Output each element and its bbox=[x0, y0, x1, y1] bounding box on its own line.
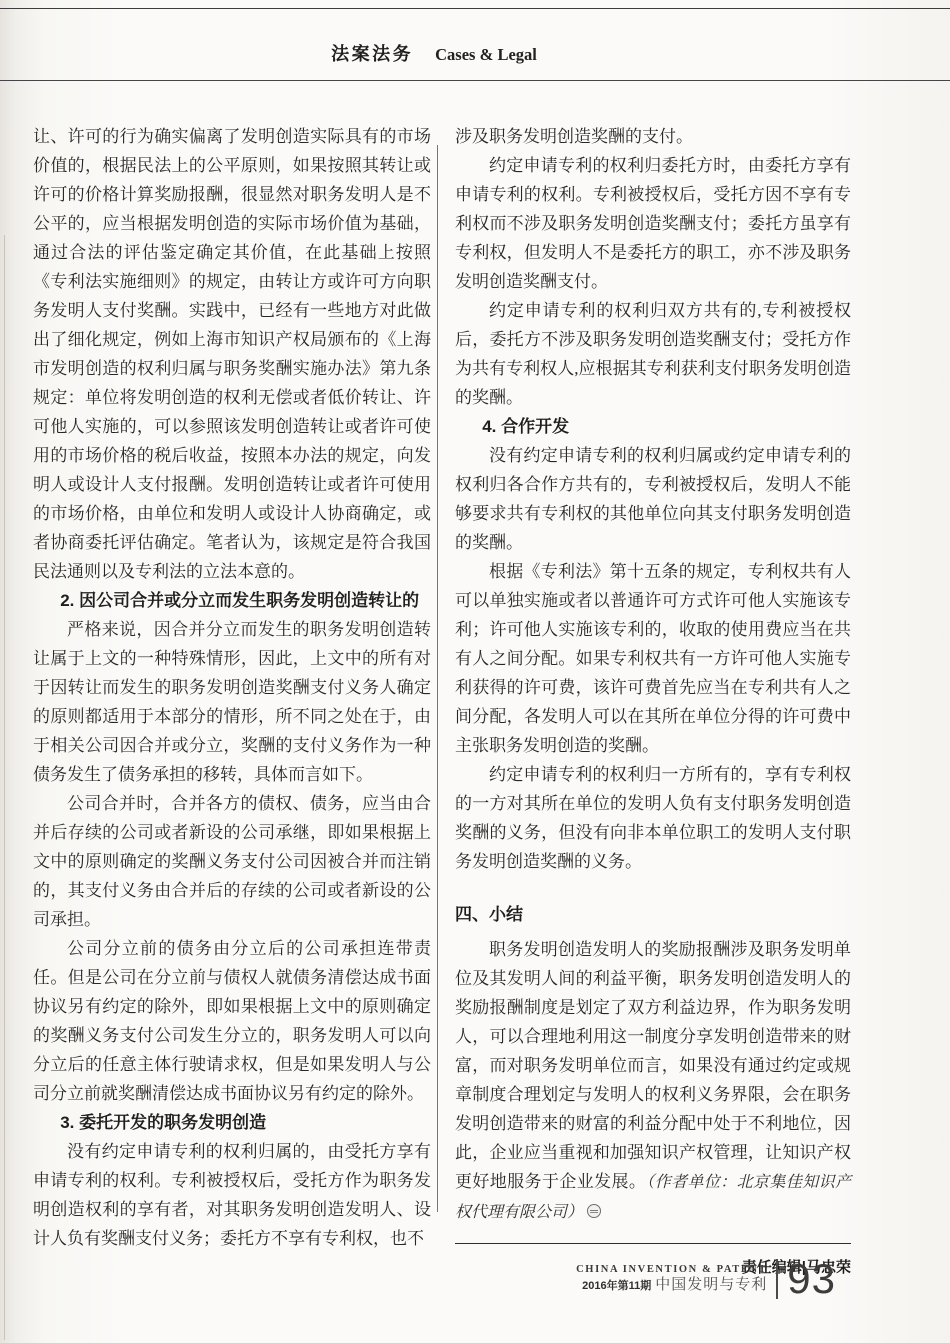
paragraph: 根据《专利法》第十五条的规定，专利权共有人可以单独实施或者以普通许可方式许可他人… bbox=[455, 557, 851, 760]
header-rule bbox=[0, 80, 950, 81]
magazine-page: 法案法务Cases & Legal 让、许可的行为确实偏离了发明创造实际具有的市… bbox=[0, 0, 950, 1343]
subheading-commissioned-development: 3. 委托开发的职务发明创造 bbox=[33, 1108, 431, 1137]
journal-title-cn: 中国发明与专利 bbox=[655, 1277, 767, 1293]
paragraph: 约定申请专利的权利归双方共有的,专利被授权后，委托方不涉及职务发明创造奖酬支付；… bbox=[455, 296, 851, 412]
top-rule bbox=[0, 8, 950, 9]
subheading-cooperative-development: 4. 合作开发 bbox=[455, 412, 851, 441]
section-title-cn: 法案法务 bbox=[331, 44, 413, 64]
page-footer: CHINA INVENTION & PATENT 2016年第11期 中国发明与… bbox=[0, 1258, 836, 1300]
section-title-en: Cases & Legal bbox=[435, 45, 537, 64]
section-heading-summary: 四、小结 bbox=[455, 900, 851, 929]
page-header: 法案法务Cases & Legal bbox=[0, 40, 868, 66]
journal-title-en: CHINA INVENTION & PATENT bbox=[576, 1263, 767, 1276]
issue-label: 2016年第11期 bbox=[582, 1280, 651, 1292]
footer-divider-bar bbox=[776, 1259, 778, 1299]
paragraph: 公司分立前的债务由分立后的公司承担连带责任。但是公司在分立前与债权人就债务清偿达… bbox=[33, 934, 431, 1108]
paragraph: 没有约定申请专利的权利归属或约定申请专利的权利归各合作方共有的，专利被授权后，发… bbox=[455, 441, 851, 557]
summary-text: 职务发明创造发明人的奖励报酬涉及职务发明单位及其发明人间的利益平衡，职务发明创造… bbox=[455, 940, 851, 1191]
article-end-icon bbox=[587, 1204, 601, 1218]
journal-title-block: CHINA INVENTION & PATENT 2016年第11期 中国发明与… bbox=[576, 1263, 767, 1295]
column-left: 让、许可的行为确实偏离了发明创造实际具有的市场价值的，根据民法上的公平原则，如果… bbox=[33, 122, 431, 1253]
paragraph: 约定申请专利的权利归一方所有的，享有专利权的一方对其所在单位的发明人负有支付职务… bbox=[455, 760, 851, 876]
paragraph: 没有约定申请专利的权利归属的，由受托方享有申请专利的权利。专利被授权后，受托方作… bbox=[33, 1137, 431, 1253]
paragraph: 职务发明创造发明人的奖励报酬涉及职务发明单位及其发明人间的利益平衡，职务发明创造… bbox=[455, 935, 851, 1227]
page-edge-line bbox=[4, 235, 5, 1340]
paragraph: 公司合并时，合并各方的债权、债务，应当由合并后存续的公司或者新设的公司承继，即如… bbox=[33, 789, 431, 934]
paragraph: 让、许可的行为确实偏离了发明创造实际具有的市场价值的，根据民法上的公平原则，如果… bbox=[33, 122, 431, 586]
column-right: 涉及职务发明创造奖酬的支付。 约定申请专利的权利归委托方时，由委托方享有申请专利… bbox=[455, 122, 851, 1282]
column-divider bbox=[437, 145, 438, 1212]
page-number: 93 bbox=[787, 1258, 836, 1300]
paragraph: 约定申请专利的权利归委托方时，由委托方享有申请专利的权利。专利被授权后，受托方因… bbox=[455, 151, 851, 296]
subheading-merger-transfer: 2. 因公司合并或分立而发生职务发明创造转让的 bbox=[33, 586, 431, 615]
paragraph: 严格来说，因合并分立而发生的职务发明创造转让属于上文的一种特殊情形，因此，上文中… bbox=[33, 615, 431, 789]
journal-title-cn-line: 2016年第11期 中国发明与专利 bbox=[576, 1276, 767, 1295]
paragraph: 涉及职务发明创造奖酬的支付。 bbox=[455, 122, 851, 151]
